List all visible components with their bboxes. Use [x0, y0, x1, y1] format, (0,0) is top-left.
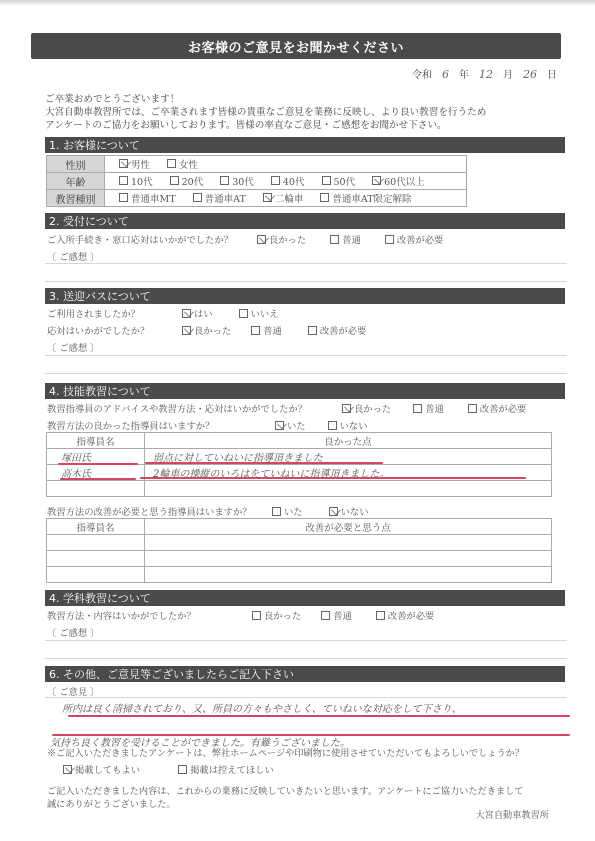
comment-line[interactable]: [45, 373, 567, 374]
checkbox[interactable]: [328, 421, 337, 430]
checkbox-checked[interactable]: [372, 176, 381, 185]
option-label: 改善が必要: [388, 608, 435, 622]
option-label: 男性: [131, 157, 150, 171]
section-1-heading-text: 1. お客様について: [49, 137, 140, 153]
classroom-option-good[interactable]: 良かった: [252, 608, 301, 622]
instructor-name-cell[interactable]: [47, 551, 145, 567]
checkbox-checked[interactable]: [263, 193, 272, 202]
classroom-question-row: 教習方法・内容はいかがでしたか？ 良かった 普通 改善が必要: [47, 608, 434, 622]
option-label: 普通車AT限定解除: [332, 191, 411, 205]
checkbox-checked[interactable]: [182, 309, 191, 318]
option-label: 40代: [283, 174, 305, 188]
date-year-label: 年: [459, 66, 469, 81]
date-year-value[interactable]: 6: [436, 68, 455, 81]
option-label: 良かった: [194, 323, 231, 337]
closing-text: ご記入いただきました内容は、これからの業務に反映していきたいと思います。アンケー…: [47, 785, 523, 811]
intro-line-1: ご卒業おめでとうございます！: [45, 93, 565, 106]
course-type-options: 普通車MT 普通車AT 二輪車 普通車AT限定解除: [105, 190, 467, 207]
bus-used-question: ご利用されましたか？: [47, 306, 182, 320]
opinion-line-1[interactable]: 所内は良く清掃されており、又、所員の方々もやさしく、ていねいな対応をして下さり、: [62, 700, 595, 715]
option-label: 20代: [182, 174, 204, 188]
section-6-heading: 6. その他、ご意見等ございましたらご記入下さい: [45, 666, 565, 682]
option-label: 10代: [131, 174, 153, 188]
checkbox-checked[interactable]: [182, 326, 191, 335]
section-3-heading-text: 3. 送迎バスについて: [49, 288, 151, 304]
publish-options: 掲載してもよい 掲載は控えてほしい: [63, 762, 274, 776]
date-month-value[interactable]: 12: [473, 68, 499, 81]
section-2-heading: 2. 受付について: [45, 213, 565, 229]
classroom-option-average[interactable]: 普通: [321, 608, 352, 622]
option-label: 普通車MT: [131, 191, 176, 205]
red-underline-mark: [140, 477, 526, 479]
instructor-rating-row: 教習指導員のアドバイスや教習方法・応対はいかがでしたか？ 良かった 普通 改善が…: [47, 401, 526, 415]
course-type-row: 教習種別 普通車MT 普通車AT 二輪車 普通車AT限定解除: [47, 190, 467, 207]
option-label: 改善が必要: [397, 232, 444, 246]
checkbox[interactable]: [220, 176, 229, 185]
comment-line[interactable]: [45, 640, 567, 641]
date-era: 令和: [412, 66, 432, 81]
option-label: 掲載してもよい: [75, 762, 140, 776]
closing-line-1: ご記入いただきました内容は、これからの業務に反映していきたいと思います。アンケー…: [47, 785, 523, 798]
classroom-option-needs-improvement[interactable]: 改善が必要: [376, 608, 435, 622]
age-option-50s[interactable]: 50代: [322, 174, 356, 188]
section-5-heading-text: 4. 学科教習について: [49, 590, 151, 606]
good-instructor-question: 教習方法の良かった指導員はいますか？: [47, 418, 275, 432]
good-instructor-row: 教習方法の良かった指導員はいますか？ いた いない: [47, 418, 368, 432]
checkbox[interactable]: [308, 326, 317, 335]
instructor-name-cell[interactable]: [47, 535, 145, 551]
option-label: 二輪車: [275, 191, 304, 205]
gender-options: 男性 女性: [105, 156, 467, 173]
option-label: 掲載は控えてほしい: [190, 762, 274, 776]
age-row: 年齢 10代 20代 30代 40代 50代 60代以上: [47, 173, 467, 190]
bus-used-no[interactable]: いいえ: [239, 306, 279, 320]
improvement-point-cell[interactable]: [145, 535, 552, 551]
bus-service-question: 応対はいかがでしたか？: [47, 323, 182, 337]
col-instructor-name: 指導員名: [47, 433, 145, 449]
checkbox-checked[interactable]: [342, 404, 351, 413]
age-option-10s[interactable]: 10代: [119, 174, 153, 188]
option-label: 60代以上: [384, 174, 425, 188]
option-label: 普通: [342, 232, 361, 246]
age-option-60s-plus[interactable]: 60代以上: [372, 174, 425, 188]
section-4-heading-text: 4. 技能教習について: [49, 383, 151, 399]
option-label: 普通: [263, 323, 282, 337]
closing-line-2: 誠にありがとうございました。: [47, 798, 523, 811]
option-label: 良かった: [264, 608, 301, 622]
checkbox[interactable]: [271, 176, 280, 185]
option-label: 普通: [425, 401, 444, 415]
option-label: いた: [284, 504, 303, 518]
age-option-20s[interactable]: 20代: [170, 174, 204, 188]
checkbox[interactable]: [193, 193, 202, 202]
table-row: [47, 535, 552, 551]
good-point-cell[interactable]: [145, 481, 552, 497]
checkbox[interactable]: [468, 404, 477, 413]
opinion-label: 〔 ご意見 〕: [47, 684, 99, 698]
option-label: 普通: [333, 608, 352, 622]
classroom-question: 教習方法・内容はいかがでしたか？: [47, 608, 252, 622]
intro-line-3: アンケートのご協力をお願いしております。皆様の率直なご意見・ご感想をお聞かせ下さ…: [45, 119, 565, 132]
option-label: いいえ: [251, 306, 279, 320]
date-line: 令和 6 年 12 月 26 日: [412, 66, 557, 81]
table-row: [47, 567, 552, 583]
comment-line[interactable]: [45, 697, 567, 698]
course-type-label: 教習種別: [47, 190, 105, 207]
course-option-motorcycle[interactable]: 二輪車: [263, 191, 304, 205]
comment-line[interactable]: [45, 355, 567, 356]
publish-question: ※ご記入いただきましたアンケートは、弊社ホームページや印刷物に使用させていただい…: [47, 747, 524, 760]
gender-row: 性別 男性 女性: [47, 156, 467, 173]
checkbox[interactable]: [252, 611, 261, 620]
age-options: 10代 20代 30代 40代 50代 60代以上: [105, 173, 467, 190]
scan-shadow: [0, 0, 595, 6]
signature: 大宮自動車教習所: [476, 809, 550, 822]
reception-option-needs-improvement[interactable]: 改善が必要: [385, 232, 444, 246]
table-row: [47, 551, 552, 567]
option-label: 改善が必要: [320, 323, 367, 337]
col-good-points: 良かった点: [145, 433, 552, 449]
gender-option-male[interactable]: 男性: [119, 157, 150, 171]
improvement-instructor-table: 指導員名 改善が必要と思う点: [46, 518, 552, 583]
red-underline-mark: [68, 715, 570, 717]
checkbox[interactable]: [119, 176, 128, 185]
checkbox[interactable]: [119, 193, 128, 202]
section-1-heading: 1. お客様について: [45, 137, 565, 153]
bus-service-average[interactable]: 普通: [251, 323, 282, 337]
option-label: 女性: [179, 157, 198, 171]
age-option-30s[interactable]: 30代: [220, 174, 254, 188]
checkbox-checked[interactable]: [63, 765, 72, 774]
bus-comment-label: 〔 ご感想 〕: [47, 340, 99, 354]
checkbox[interactable]: [385, 235, 394, 244]
reception-question-row: ご入所手続き・窓口応対はいかがでしたか？ 良かった 普通 改善が必要: [47, 232, 443, 246]
red-underline-mark: [58, 463, 138, 465]
intro-line-2: 大宮自動車教習所では、ご卒業されます皆様の貴重なご意見を業務に反映し、より良い教…: [45, 106, 565, 119]
checkbox[interactable]: [321, 611, 330, 620]
bus-service-good[interactable]: 良かった: [182, 323, 231, 337]
bus-service-row: 応対はいかがでしたか？ 良かった 普通 改善が必要: [47, 323, 366, 337]
section-4-heading: 4. 技能教習について: [45, 383, 565, 399]
section-2-heading-text: 2. 受付について: [49, 213, 129, 229]
page-title: お客様のご意見をお聞かせください: [31, 33, 561, 59]
bad-instructor-row: 教習方法の改善が必要と思う指導員はいますか？ いた いない: [47, 504, 369, 518]
option-label: 普通車AT: [205, 191, 246, 205]
course-option-at-release[interactable]: 普通車AT限定解除: [320, 191, 411, 205]
option-label: 改善が必要: [480, 401, 527, 415]
course-option-mt[interactable]: 普通車MT: [119, 191, 176, 205]
checkbox[interactable]: [272, 507, 281, 516]
customer-info-table: 性別 男性 女性 年齢 10代 20代 30代 40代 50代 60代以上 教習…: [46, 155, 467, 207]
checkbox[interactable]: [320, 193, 329, 202]
checkbox[interactable]: [376, 611, 385, 620]
reception-option-good[interactable]: 良かった: [257, 232, 306, 246]
option-label: いた: [287, 418, 306, 432]
checkbox[interactable]: [251, 326, 260, 335]
option-label: 良かった: [269, 232, 306, 246]
option-label: 30代: [232, 174, 254, 188]
checkbox-checked[interactable]: [257, 235, 266, 244]
checkbox[interactable]: [322, 176, 331, 185]
good-instructor-yes[interactable]: いた: [275, 418, 306, 432]
checkbox-checked[interactable]: [275, 421, 284, 430]
section-6-heading-text: 6. その他、ご意見等ございましたらご記入下さい: [49, 666, 294, 682]
classroom-comment-label: 〔 ご感想 〕: [47, 625, 99, 639]
col-improvement-points: 改善が必要と思う点: [145, 519, 552, 535]
bus-used-yes[interactable]: はい: [182, 306, 213, 320]
bad-instructor-no[interactable]: いない: [329, 504, 369, 518]
intro-text: ご卒業おめでとうございます！ 大宮自動車教習所では、ご卒業されます皆様の貴重なご…: [45, 93, 565, 132]
age-label: 年齢: [47, 173, 105, 190]
checkbox[interactable]: [167, 159, 176, 168]
checkbox-checked[interactable]: [119, 159, 128, 168]
section-3-heading: 3. 送迎バスについて: [45, 288, 565, 304]
page-title-text: お客様のご意見をお聞かせください: [188, 37, 404, 56]
comment-line[interactable]: [45, 263, 567, 264]
comment-line[interactable]: [45, 658, 567, 659]
option-label: はい: [194, 306, 213, 320]
instructor-rating-average[interactable]: 普通: [413, 401, 444, 415]
option-label: いない: [340, 418, 368, 432]
checkbox[interactable]: [413, 404, 422, 413]
instructor-name-cell[interactable]: [47, 567, 145, 583]
instructor-rating-needs-improvement[interactable]: 改善が必要: [468, 401, 527, 415]
course-option-at[interactable]: 普通車AT: [193, 191, 246, 205]
instructor-rating-question: 教習指導員のアドバイスや教習方法・応対はいかがでしたか？: [47, 401, 342, 415]
gender-option-female[interactable]: 女性: [167, 157, 198, 171]
checkbox[interactable]: [239, 309, 248, 318]
table-header: 指導員名 良かった点: [47, 433, 552, 449]
bad-instructor-question: 教習方法の改善が必要と思う指導員はいますか？: [47, 504, 272, 518]
date-month-label: 月: [503, 66, 513, 81]
reception-option-average[interactable]: 普通: [330, 232, 361, 246]
bus-service-needs-improvement[interactable]: 改善が必要: [308, 323, 367, 337]
improvement-point-cell[interactable]: [145, 551, 552, 567]
table-row: [47, 481, 552, 497]
age-option-40s[interactable]: 40代: [271, 174, 305, 188]
checkbox[interactable]: [330, 235, 339, 244]
gender-label: 性別: [47, 156, 105, 173]
checkbox-checked[interactable]: [329, 507, 338, 516]
reception-question: ご入所手続き・窓口応対はいかがでしたか？: [47, 232, 257, 246]
good-instructor-no[interactable]: いない: [328, 418, 368, 432]
checkbox[interactable]: [178, 765, 187, 774]
instructor-rating-good[interactable]: 良かった: [342, 401, 391, 415]
checkbox[interactable]: [170, 176, 179, 185]
reception-comment-label: 〔 ご感想 〕: [47, 249, 99, 263]
bad-instructor-yes[interactable]: いた: [272, 504, 303, 518]
section-5-heading: 4. 学科教習について: [45, 590, 565, 606]
comment-line[interactable]: [45, 281, 567, 282]
col-instructor-name: 指導員名: [47, 519, 145, 535]
red-underline-mark: [145, 462, 383, 464]
option-label: いない: [341, 504, 369, 518]
instructor-name-cell[interactable]: [47, 481, 145, 497]
red-underline-mark: [60, 478, 136, 480]
improvement-point-cell[interactable]: [145, 567, 552, 583]
date-day-value[interactable]: 26: [517, 68, 543, 81]
option-label: 良かった: [354, 401, 391, 415]
date-day-label: 日: [547, 66, 557, 81]
bus-used-row: ご利用されましたか？ はい いいえ: [47, 306, 279, 320]
publish-option-allow[interactable]: 掲載してもよい: [63, 762, 140, 776]
table-header: 指導員名 改善が必要と思う点: [47, 519, 552, 535]
publish-option-decline[interactable]: 掲載は控えてほしい: [178, 762, 274, 776]
red-underline-mark: [52, 734, 570, 736]
option-label: 50代: [334, 174, 356, 188]
